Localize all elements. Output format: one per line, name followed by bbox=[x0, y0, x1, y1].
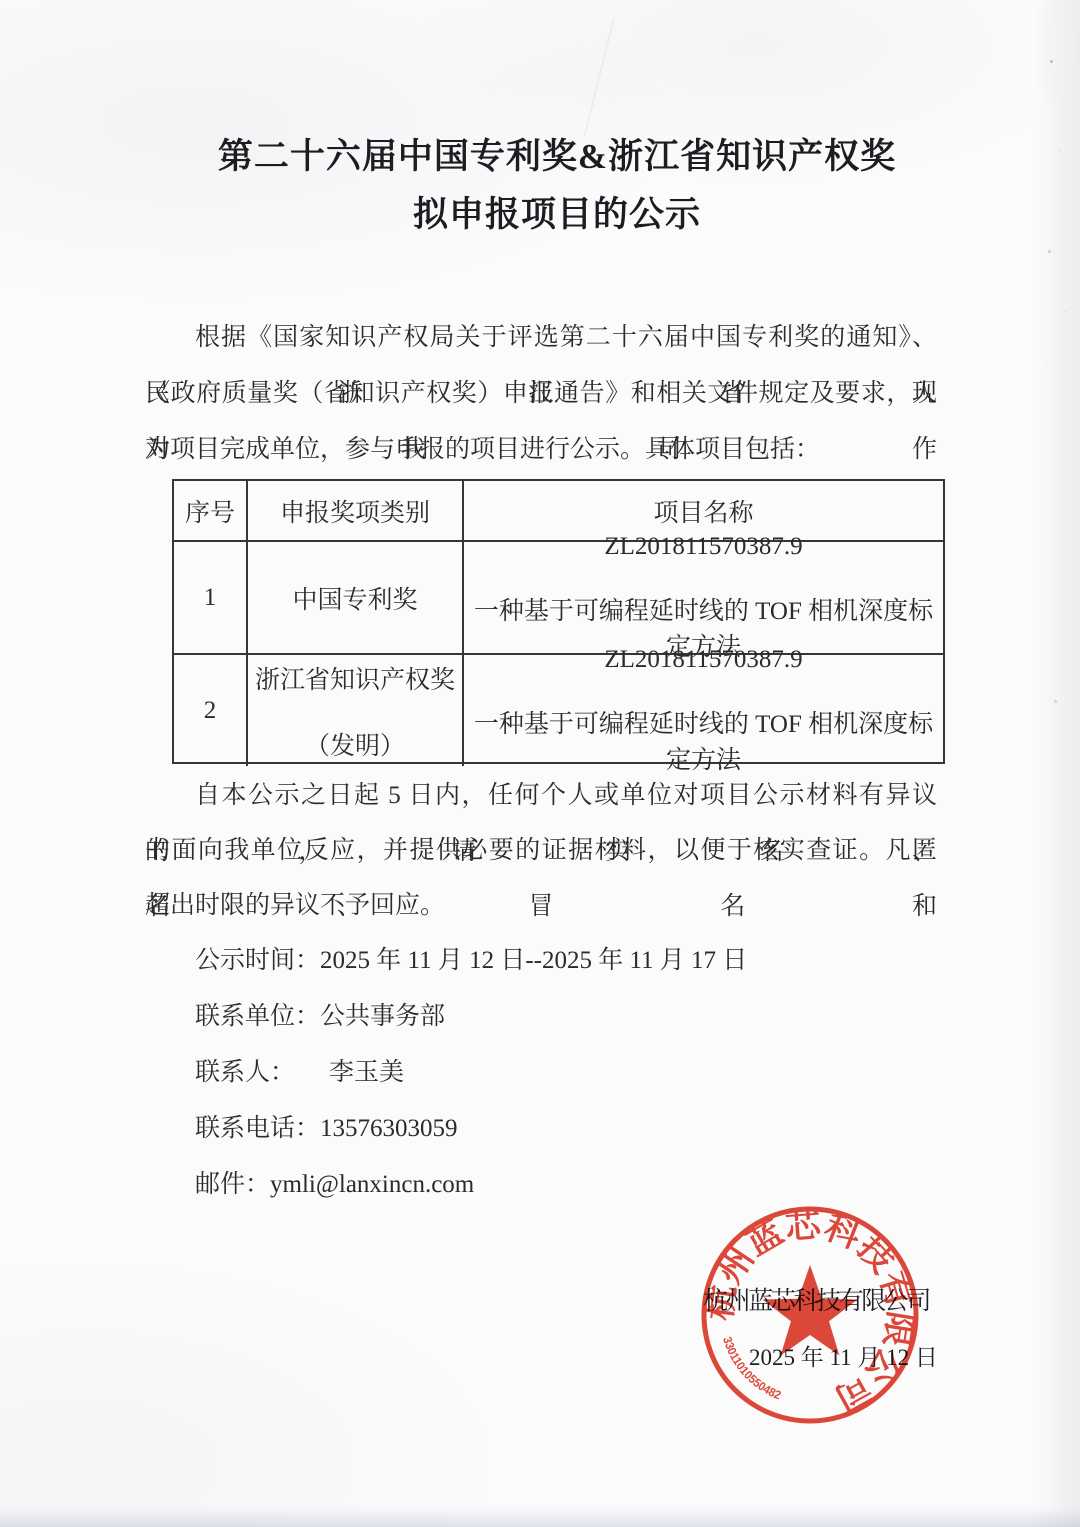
table-header-no: 序号 bbox=[174, 481, 246, 540]
doc-title-line2: 拟申报项目的公示 bbox=[145, 187, 953, 237]
notice-line-2: 书面向我单位反应，并提供必要的证据材料，以便于核实查证。凡匿名、冒名和 bbox=[145, 823, 937, 879]
contact-email-value: ymli@lanxincn.com bbox=[270, 1157, 474, 1213]
contact-person-value: 李玉美 bbox=[329, 1045, 404, 1101]
table-header-project: 项目名称 bbox=[462, 481, 943, 540]
contact-unit-value: 公共事务部 bbox=[320, 989, 445, 1045]
intro-line-3: 为项目完成单位，参与申报的项目进行公示。具体项目包括： bbox=[145, 422, 937, 478]
table-row2-project-name: 一种基于可编程延时线的 TOF 相机深度标定方法 bbox=[470, 704, 937, 776]
table-row2-no: 2 bbox=[174, 653, 246, 766]
intro-line-2: 民政府质量奖（省知识产权奖）申报通告》和相关文件规定及要求，现对我司作 bbox=[145, 366, 937, 422]
contact-person-line: 联系人：李玉美 bbox=[145, 1045, 987, 1101]
projects-table: 序号 申报奖项类别 项目名称 1 中国专利奖 ZL201811570387.9 … bbox=[172, 479, 945, 764]
contact-email-label: 邮件： bbox=[195, 1157, 270, 1213]
contact-phone-label: 联系电话： bbox=[195, 1101, 320, 1157]
table-row2-category: 浙江省知识产权奖 （发明） bbox=[246, 653, 462, 766]
scan-speckles bbox=[1050, 60, 1053, 63]
publicity-period-line: 公示时间：2025 年 11 月 12 日--2025 年 11 月 17 日 bbox=[145, 933, 987, 989]
contact-unit-label: 联系单位： bbox=[195, 989, 320, 1045]
table-row2-project: ZL201811570387.9 一种基于可编程延时线的 TOF 相机深度标定方… bbox=[462, 653, 943, 766]
table-row1-patent-no: ZL201811570387.9 bbox=[604, 533, 802, 561]
notice-line-1: 自本公示之日起 5 日内，任何个人或单位对项目公示材料有异议的，请实名、 bbox=[145, 768, 937, 824]
table-row1-project: ZL201811570387.9 一种基于可编程延时线的 TOF 相机深度标定方… bbox=[462, 540, 943, 653]
table-header-category: 申报奖项类别 bbox=[246, 481, 462, 540]
publicity-period-label: 公示时间： bbox=[195, 933, 320, 989]
scan-bottom-shadow bbox=[0, 1507, 1080, 1527]
contact-phone-value: 13576303059 bbox=[320, 1101, 458, 1157]
signature-company-name: 杭州蓝芯科技有限公司 bbox=[703, 1281, 929, 1317]
table-row1-category: 中国专利奖 bbox=[246, 540, 462, 653]
doc-title-line1: 第二十六届中国专利奖&浙江省知识产权奖 bbox=[145, 129, 953, 179]
signature-date: 2025 年 11 月 12 日 bbox=[749, 1339, 938, 1372]
notice-line-3: 超出时限的异议不予回应。 bbox=[145, 878, 937, 934]
contact-phone-line: 联系电话：13576303059 bbox=[145, 1101, 987, 1157]
contact-unit-line: 联系单位：公共事务部 bbox=[145, 989, 987, 1045]
table-row2-patent-no: ZL201811570387.9 bbox=[604, 646, 802, 674]
scan-crease bbox=[584, 20, 615, 137]
table-row1-no: 1 bbox=[174, 540, 246, 653]
scanned-announcement-page: 第二十六届中国专利奖&浙江省知识产权奖 拟申报项目的公示 根据《国家知识产权局关… bbox=[0, 0, 1080, 1527]
contact-person-label: 联系人： bbox=[195, 1045, 295, 1101]
publicity-period-value: 2025 年 11 月 12 日--2025 年 11 月 17 日 bbox=[320, 933, 747, 989]
intro-line-1: 根据《国家知识产权局关于评选第二十六届中国专利奖的通知》、《浙江省人 bbox=[145, 310, 937, 366]
scan-edge-shadow bbox=[1034, 0, 1080, 1527]
